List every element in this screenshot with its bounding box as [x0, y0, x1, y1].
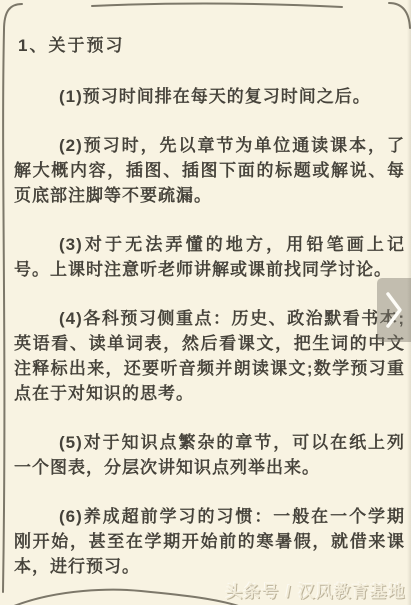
border-top-right-corner: [389, 3, 410, 28]
article-page: 1、关于预习 (1)预习时间排在每天的复习时间之后。 (2)预习时，先以章节为单…: [0, 0, 411, 605]
border-bottom-curve: [14, 590, 247, 605]
article-title: 1、关于预习: [14, 33, 405, 58]
border-top-left-corner: [4, 4, 22, 30]
paragraph-3: (3)对于无法弄懂的地方，用铅笔画上记号。上课时注意听老师讲解或课前找同学讨论。: [14, 232, 405, 282]
paragraph-4: (4)各科预习侧重点：历史、政治默看书本;英语看、读单词表，然后看课文，把生词的…: [14, 306, 405, 406]
next-page-button[interactable]: [377, 278, 411, 342]
paragraph-2: (2)预习时，先以章节为单位通读课本，了解大概内容，插图、插图下面的标题或解说、…: [14, 133, 405, 208]
border-top-edge: [92, 3, 342, 7]
paragraph-1: (1)预习时间排在每天的复习时间之后。: [14, 84, 405, 109]
article-content: 1、关于预习 (1)预习时间排在每天的复习时间之后。 (2)预习时，先以章节为单…: [14, 33, 405, 579]
chevron-right-icon: [381, 284, 407, 336]
paragraph-6: (6)养成超前学习的习惯：一般在一个学期刚开始，甚至在学期开始前的寒暑假，就借来…: [14, 504, 405, 579]
watermark: 头条号 / 汉风教育基地: [226, 578, 406, 602]
border-left-edge: [3, 30, 4, 592]
paragraph-5: (5)对于知识点繁杂的章节，可以在纸上列一个图表，分层次讲知识点列举出来。: [14, 430, 405, 480]
